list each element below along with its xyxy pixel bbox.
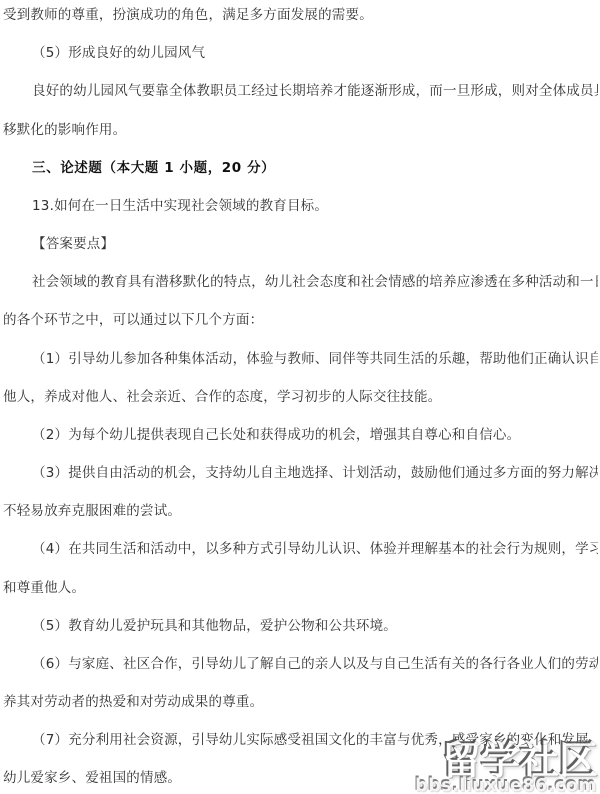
text-line: 他人，养成对他人、社会亲近、合作的态度，学习初步的人际交往技能。 [3, 378, 598, 416]
text-line-point-7: （7）充分利用社会资源，引导幼儿实际感受祖国文化的丰富与优秀，感受家乡的变化和发… [3, 721, 598, 759]
text-line-point-1: （1）引导幼儿参加各种集体活动，体验与教师、同伴等共同生活的乐趣，帮助他们正确认… [3, 340, 598, 378]
text-line-point-4: （4）在共同生活和活动中，以多种方式引导幼儿认识、体验并理解基本的社会行为规则，… [3, 530, 598, 568]
text-line: 和尊重他人。 [3, 569, 598, 607]
question-13: 13.如何在一日生活中实现社会领域的教育目标。 [3, 187, 598, 225]
text-line: 幼儿爱家乡、爱祖国的情感。 [3, 759, 598, 794]
text-line-point-5-head: （5）形成良好的幼儿园风气 [3, 34, 598, 72]
text-line-point-6: （6）与家庭、社区合作，引导幼儿了解自己的亲人以及与自己生活有关的各行各业人们的… [3, 645, 598, 683]
text-line: 受到教师的尊重，扮演成功的角色，满足多方面发展的需要。 [3, 0, 598, 34]
document-text-block: 受到教师的尊重，扮演成功的角色，满足多方面发展的需要。 （5）形成良好的幼儿园风… [3, 0, 598, 794]
text-line-point-5: （5）教育幼儿爱护玩具和其他物品，爱护公物和公共环境。 [3, 607, 598, 645]
text-line-point-3: （3）提供自由活动的机会，支持幼儿自主地选择、计划活动，鼓励他们通过多方面的努力… [3, 454, 598, 492]
document-page: 受到教师的尊重，扮演成功的角色，满足多方面发展的需要。 （5）形成良好的幼儿园风… [0, 0, 600, 794]
answer-points-label: 【答案要点】 [3, 225, 598, 263]
text-line-point-2: （2）为每个幼儿提供表现自己长处和获得成功的机会，增强其自尊心和自信心。 [3, 416, 598, 454]
text-line: 社会领域的教育具有潜移默化的特点，幼儿社会态度和社会情感的培养应渗透在多种活动和… [3, 263, 598, 301]
text-line: 移默化的影响作用。 [3, 111, 598, 149]
text-line: 养其对劳动者的热爱和对劳动成果的尊重。 [3, 683, 598, 721]
text-line: 良好的幼儿园风气要靠全体教职员工经过长期培养才能逐渐形成，而一旦形成，则对全体成… [3, 72, 598, 110]
text-line: 的各个环节之中，可以通过以下几个方面： [3, 301, 598, 339]
section-heading: 三、论述题（本大题 1 小题，20 分） [3, 149, 598, 187]
text-line: 不轻易放弃克服困难的尝试。 [3, 492, 598, 530]
